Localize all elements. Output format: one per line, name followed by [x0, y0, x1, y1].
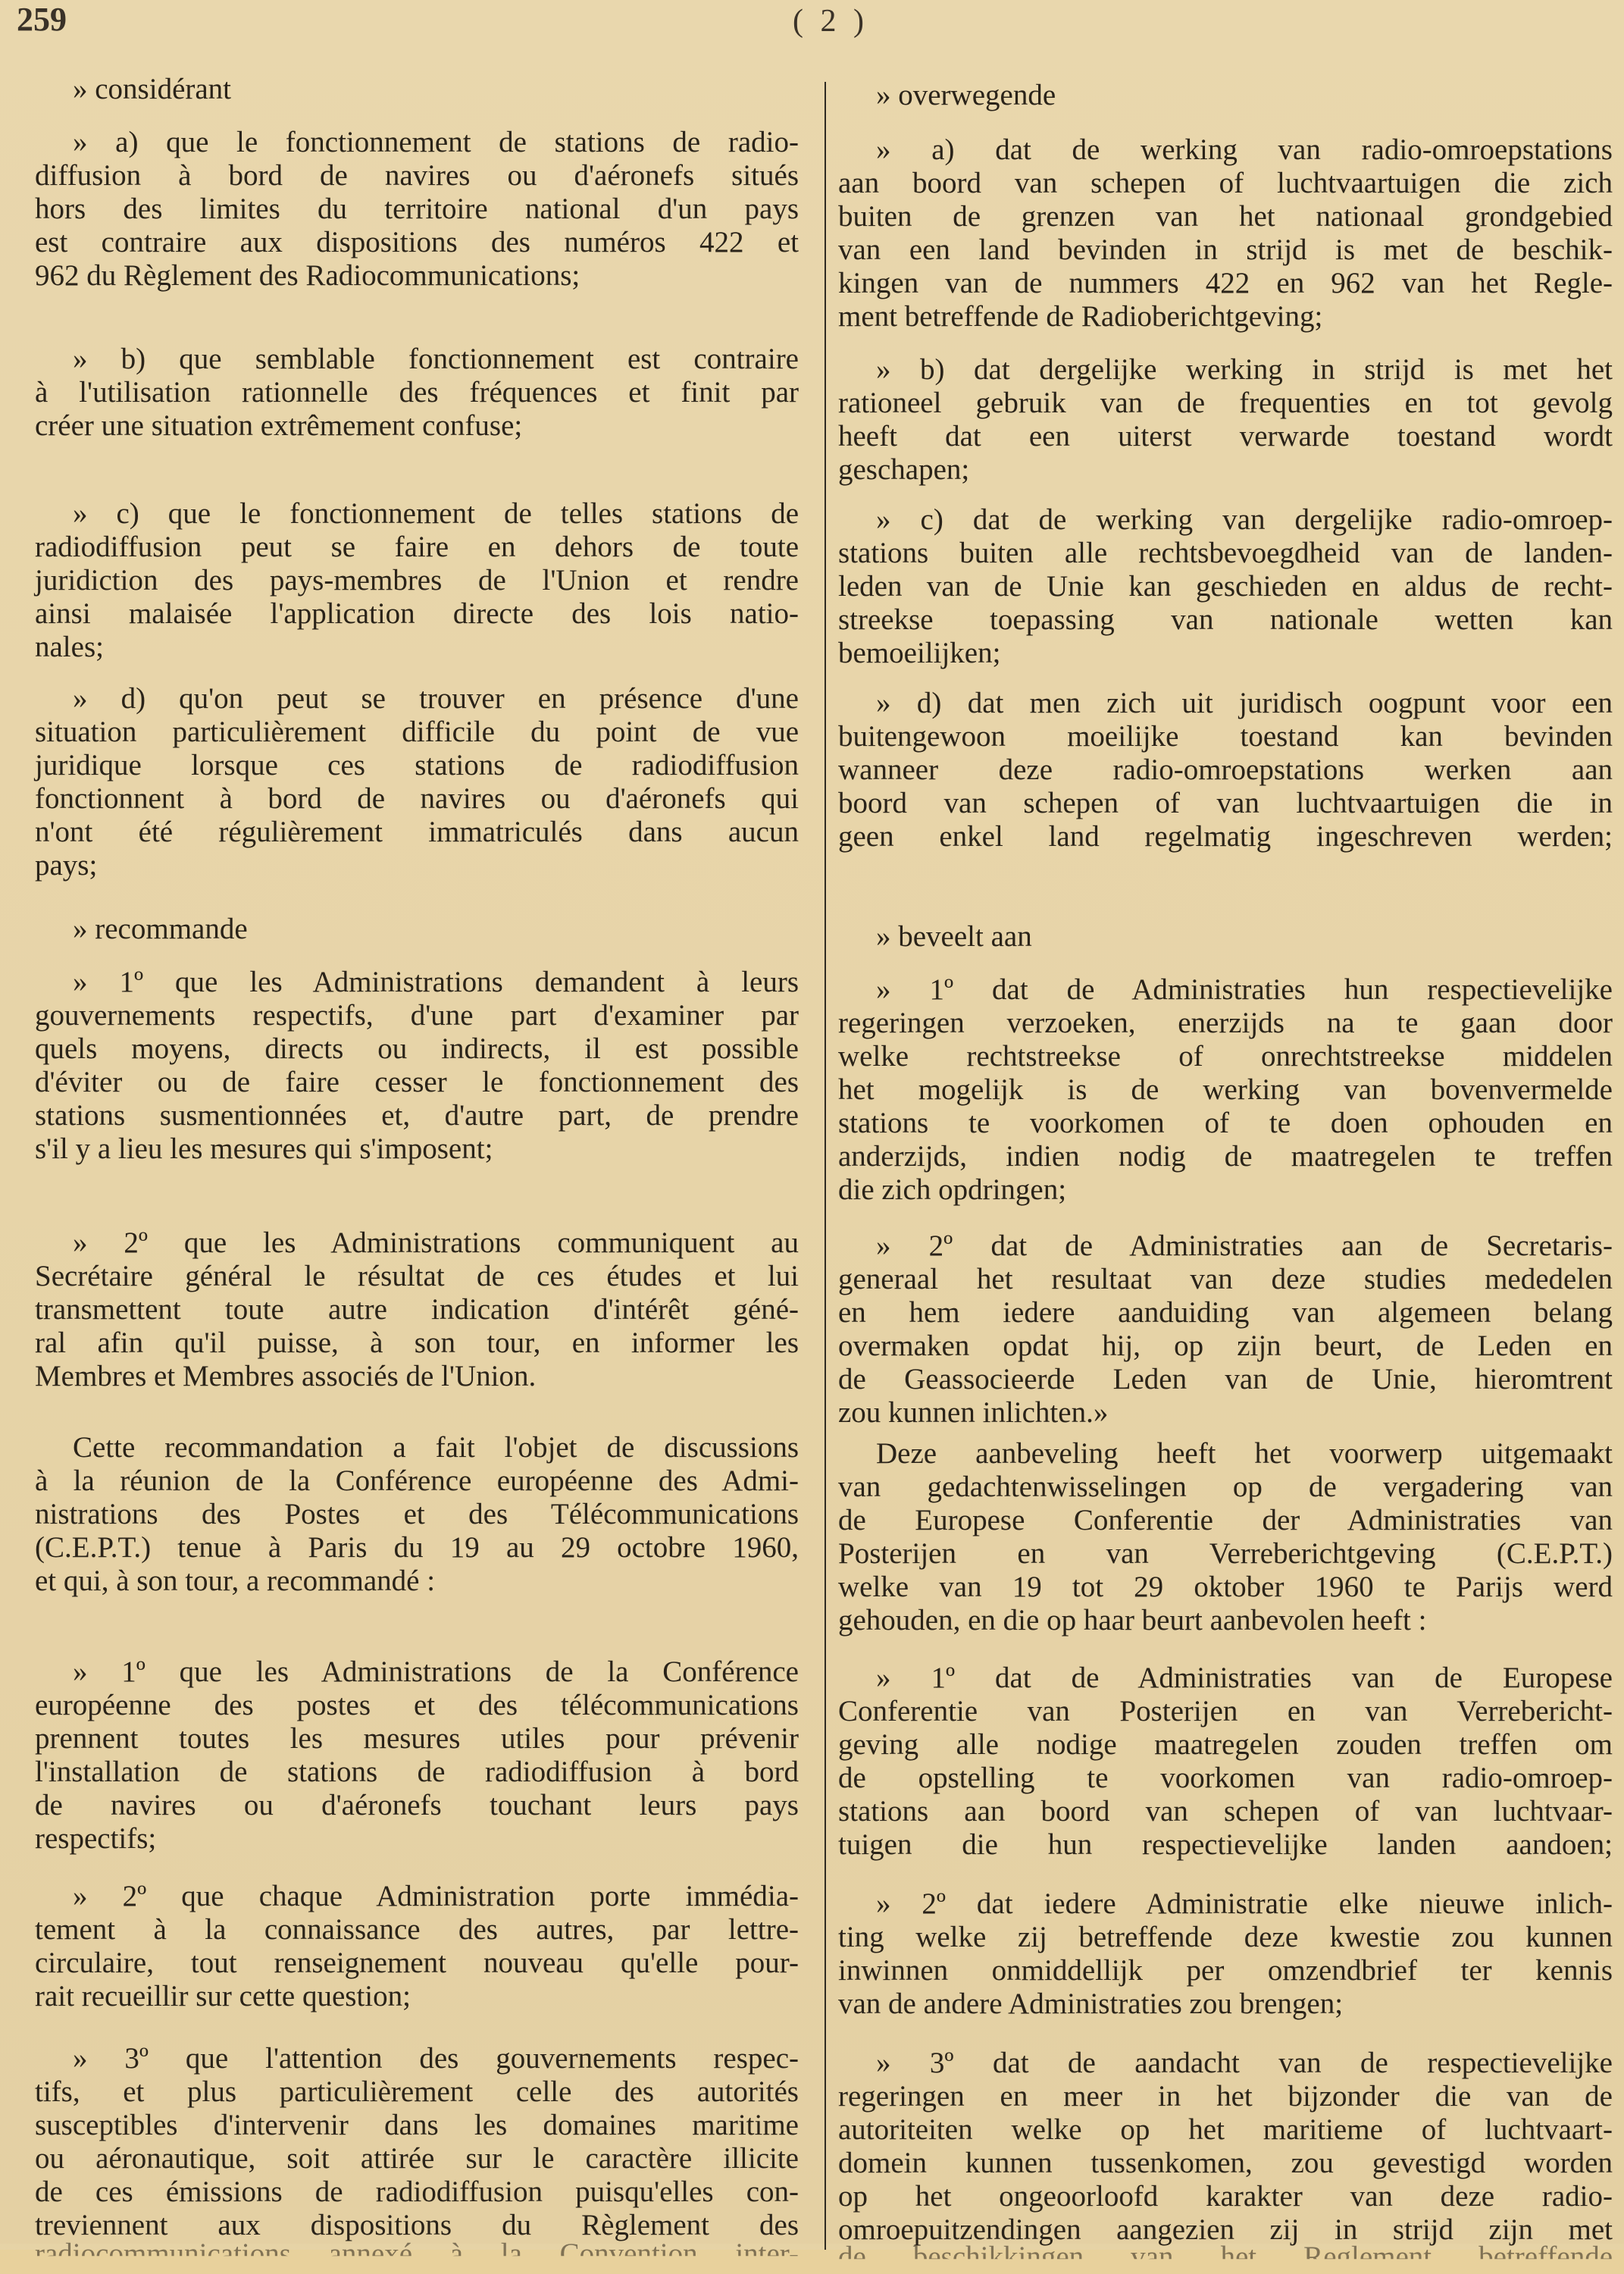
text-line: geving alle nodige maatregelen zouden tr…: [838, 1728, 1613, 1762]
text-line: geschapen;: [838, 453, 1613, 487]
text-line: buiten de grenzen van het nationaal gron…: [838, 200, 1613, 233]
text-line: welke rechtstreekse of onrechtstreekse m…: [838, 1040, 1613, 1073]
text-line: regeringen verzoeken, enerzijds na te ga…: [838, 1007, 1613, 1040]
text-line: pays;: [35, 849, 799, 882]
text-line: » b) que semblable fonctionnement est co…: [35, 343, 799, 376]
text-line: autoriteiten welke op het maritieme of l…: [838, 2113, 1613, 2147]
text-line: » a) que le fonctionnement de stations d…: [35, 126, 799, 159]
text-line: anderzijds, indien nodig de maatregelen …: [838, 1140, 1613, 1173]
text-line: gehouden, en die op haar beurt aanbevole…: [838, 1604, 1613, 1637]
text-line: » considérant: [35, 73, 799, 106]
text-line: Secrétaire général le résultat de ces ét…: [35, 1260, 799, 1293]
text-line: nistrations des Postes et des Télécommun…: [35, 1498, 799, 1531]
text-line: stations buiten alle rechtsbevoegdheid v…: [838, 537, 1613, 570]
text-line: de opstelling te voorkomen van radio-omr…: [838, 1762, 1613, 1795]
text-line: geen enkel land regelmatig ingeschreven …: [838, 820, 1613, 854]
text-line: européenne des postes et des télécommuni…: [35, 1689, 799, 1722]
text-line: stations susmentionnées et, d'autre part…: [35, 1099, 799, 1132]
text-line: de ces émissions de radiodiffusion puisq…: [35, 2175, 799, 2209]
text-line: susceptibles d'intervenir dans les domai…: [35, 2109, 799, 2142]
text-line: ting welke zij betreffende deze kwestie …: [838, 1921, 1613, 1954]
text-line: d'éviter ou de faire cesser le fonctionn…: [35, 1066, 799, 1099]
text-line: juridiction des pays-membres de l'Union …: [35, 564, 799, 597]
text-line: tement à la connaissance des autres, par…: [35, 1913, 799, 1947]
text-line: s'il y a lieu les mesures qui s'imposent…: [35, 1132, 799, 1166]
text-line: boord van schepen of van luchtvaartuigen…: [838, 787, 1613, 820]
text-line: tuigen die hun respectievelijke landen a…: [838, 1828, 1613, 1862]
text-line: » 2º dat de Administraties aan de Secret…: [838, 1229, 1613, 1263]
text-line: de navires ou d'aéronefs touchant leurs …: [35, 1789, 799, 1822]
text-line: van de andere Administraties zou brengen…: [838, 1987, 1613, 2021]
text-line: rationeel gebruik van de frequenties en …: [838, 387, 1613, 420]
text-line: 962 du Règlement des Radiocommunications…: [35, 259, 799, 293]
text-line: inwinnen onmiddellijk per omzendbrief te…: [838, 1954, 1613, 1987]
text-line: » 2º que chaque Administration porte imm…: [35, 1880, 799, 1913]
text-line: hors des limites du territoire national …: [35, 193, 799, 226]
text-line: » d) qu'on peut se trouver en présence d…: [35, 682, 799, 716]
text-line: respectifs;: [35, 1822, 799, 1856]
text-line: diffusion à bord de navires ou d'aéronef…: [35, 159, 799, 193]
page-number: 259: [17, 0, 67, 39]
text-line: est contraire aux dispositions des numér…: [35, 226, 799, 259]
text-line: » 1º que les Administrations de la Confé…: [35, 1655, 799, 1689]
page-marker: ( 2 ): [793, 3, 868, 39]
text-line: regeringen en meer in het bijzonder die …: [838, 2080, 1613, 2113]
text-line: Deze aanbeveling heeft het voorwerp uitg…: [838, 1437, 1613, 1471]
text-line: rait recueillir sur cette question;: [35, 1980, 799, 2013]
text-line: prennent toutes les mesures utiles pour …: [35, 1722, 799, 1756]
text-line: ou aéronautique, soit attirée sur le car…: [35, 2142, 799, 2175]
text-line: ment betreffende de Radioberichtgeving;: [838, 300, 1613, 334]
text-line: Membres et Membres associés de l'Union.: [35, 1360, 799, 1393]
text-line: van een land bevinden in strijd is met d…: [838, 233, 1613, 267]
text-line: overmaken opdat hij, op zijn beurt, de L…: [838, 1330, 1613, 1363]
text-line: zou kunnen inlichten.»: [838, 1396, 1613, 1430]
text-line: situation particulièrement difficile du …: [35, 716, 799, 749]
text-line: nales;: [35, 631, 799, 664]
text-line: » d) dat men zich uit juridisch oogpunt …: [838, 687, 1613, 720]
text-line: et qui, à son tour, a recommandé :: [35, 1565, 799, 1598]
text-line: aan boord van schepen of luchtvaartuigen…: [838, 167, 1613, 200]
text-line: bemoeilijken;: [838, 637, 1613, 670]
text-line: quels moyens, directs ou indirects, il e…: [35, 1032, 799, 1066]
text-line: » 2º que les Administrations communiquen…: [35, 1226, 799, 1260]
text-line: en hem iedere aanduiding van algemeen be…: [838, 1296, 1613, 1330]
text-line: à la réunion de la Conférence européenne…: [35, 1464, 799, 1498]
text-line: » b) dat dergelijke werking in strijd is…: [838, 353, 1613, 387]
text-line: de Europese Conferentie der Administrati…: [838, 1504, 1613, 1537]
text-line: circulaire, tout renseignement nouveau q…: [35, 1947, 799, 1980]
text-line: stations aan boord van schepen of van lu…: [838, 1795, 1613, 1828]
text-line: domein kunnen tussenkomen, zou gevestigd…: [838, 2147, 1613, 2180]
text-line: op het ongeoorloofd karakter van deze ra…: [838, 2180, 1613, 2213]
text-line: het mogelijk is de werking van bovenverm…: [838, 1073, 1613, 1107]
text-line: transmettent toute autre indication d'in…: [35, 1293, 799, 1326]
text-line: Conferentie van Posterijen en van Verreb…: [838, 1695, 1613, 1728]
text-line: treviennent aux dispositions du Règlemen…: [35, 2209, 799, 2242]
text-line: wanneer deze radio-omroepstations werken…: [838, 753, 1613, 787]
text-line: heeft dat een uiterst verwarde toestand …: [838, 420, 1613, 453]
text-line: leden van de Unie kan geschieden en aldu…: [838, 570, 1613, 603]
text-line: » a) dat de werking van radio-omroepstat…: [838, 133, 1613, 167]
text-line: juridique lorsque ces stations de radiod…: [35, 749, 799, 782]
text-line: tifs, et plus particulièrement celle des…: [35, 2075, 799, 2109]
text-line: radiodiffusion peut se faire en dehors d…: [35, 531, 799, 564]
text-line: die zich opdringen;: [838, 1173, 1613, 1207]
text-line: welke van 19 tot 29 oktober 1960 te Pari…: [838, 1571, 1613, 1604]
text-line: » beveelt aan: [838, 920, 1613, 954]
text-line: de Geassocieerde Leden van de Unie, hier…: [838, 1363, 1613, 1396]
text-line: » 3º que l'attention des gouvernements r…: [35, 2042, 799, 2075]
text-line: » 3º dat de aandacht van de respectievel…: [838, 2047, 1613, 2080]
text-line: ainsi malaisée l'application directe des…: [35, 597, 799, 631]
text-line: n'ont été régulièrement immatriculés dan…: [35, 816, 799, 849]
text-line: » 2º dat iedere Administratie elke nieuw…: [838, 1887, 1613, 1921]
text-line: ral afin qu'il puisse, à son tour, en in…: [35, 1326, 799, 1360]
text-line: van gedachtenwisselingen op de vergaderi…: [838, 1471, 1613, 1504]
text-line: l'installation de stations de radiodiffu…: [35, 1756, 799, 1789]
text-line: streekse toepassing van nationale wetten…: [838, 603, 1613, 637]
text-line: » recommande: [35, 913, 799, 946]
text-line: generaal het resultaat van deze studies …: [838, 1263, 1613, 1296]
text-line: buitengewoon moeilijke toestand kan bevi…: [838, 720, 1613, 753]
text-line: stations te voorkomen of te doen ophoude…: [838, 1107, 1613, 1140]
text-line: fonctionnent à bord de navires ou d'aéro…: [35, 782, 799, 816]
text-line: gouvernements respectifs, d'une part d'e…: [35, 999, 799, 1032]
text-line: (C.E.P.T.) tenue à Paris du 19 au 29 oct…: [35, 1531, 799, 1565]
text-line: Cette recommandation a fait l'objet de d…: [35, 1431, 799, 1464]
text-line: » 1º que les Administrations demandent à…: [35, 966, 799, 999]
text-line: » 1º dat de Administraties hun respectie…: [838, 973, 1613, 1007]
text-line: » c) que le fonctionnement de telles sta…: [35, 497, 799, 531]
text-line: Posterijen en van Verreberichtgeving (C.…: [838, 1537, 1613, 1571]
text-line: kingen van de nummers 422 en 962 van het…: [838, 267, 1613, 300]
text-line: » 1º dat de Administraties van de Europe…: [838, 1662, 1613, 1695]
text-line: » c) dat de werking van dergelijke radio…: [838, 503, 1613, 537]
column-divider: [825, 82, 826, 2250]
text-line: créer une situation extrêmement confuse;: [35, 409, 799, 443]
text-line: à l'utilisation rationnelle des fréquenc…: [35, 376, 799, 409]
text-line: » overwegende: [838, 79, 1613, 112]
